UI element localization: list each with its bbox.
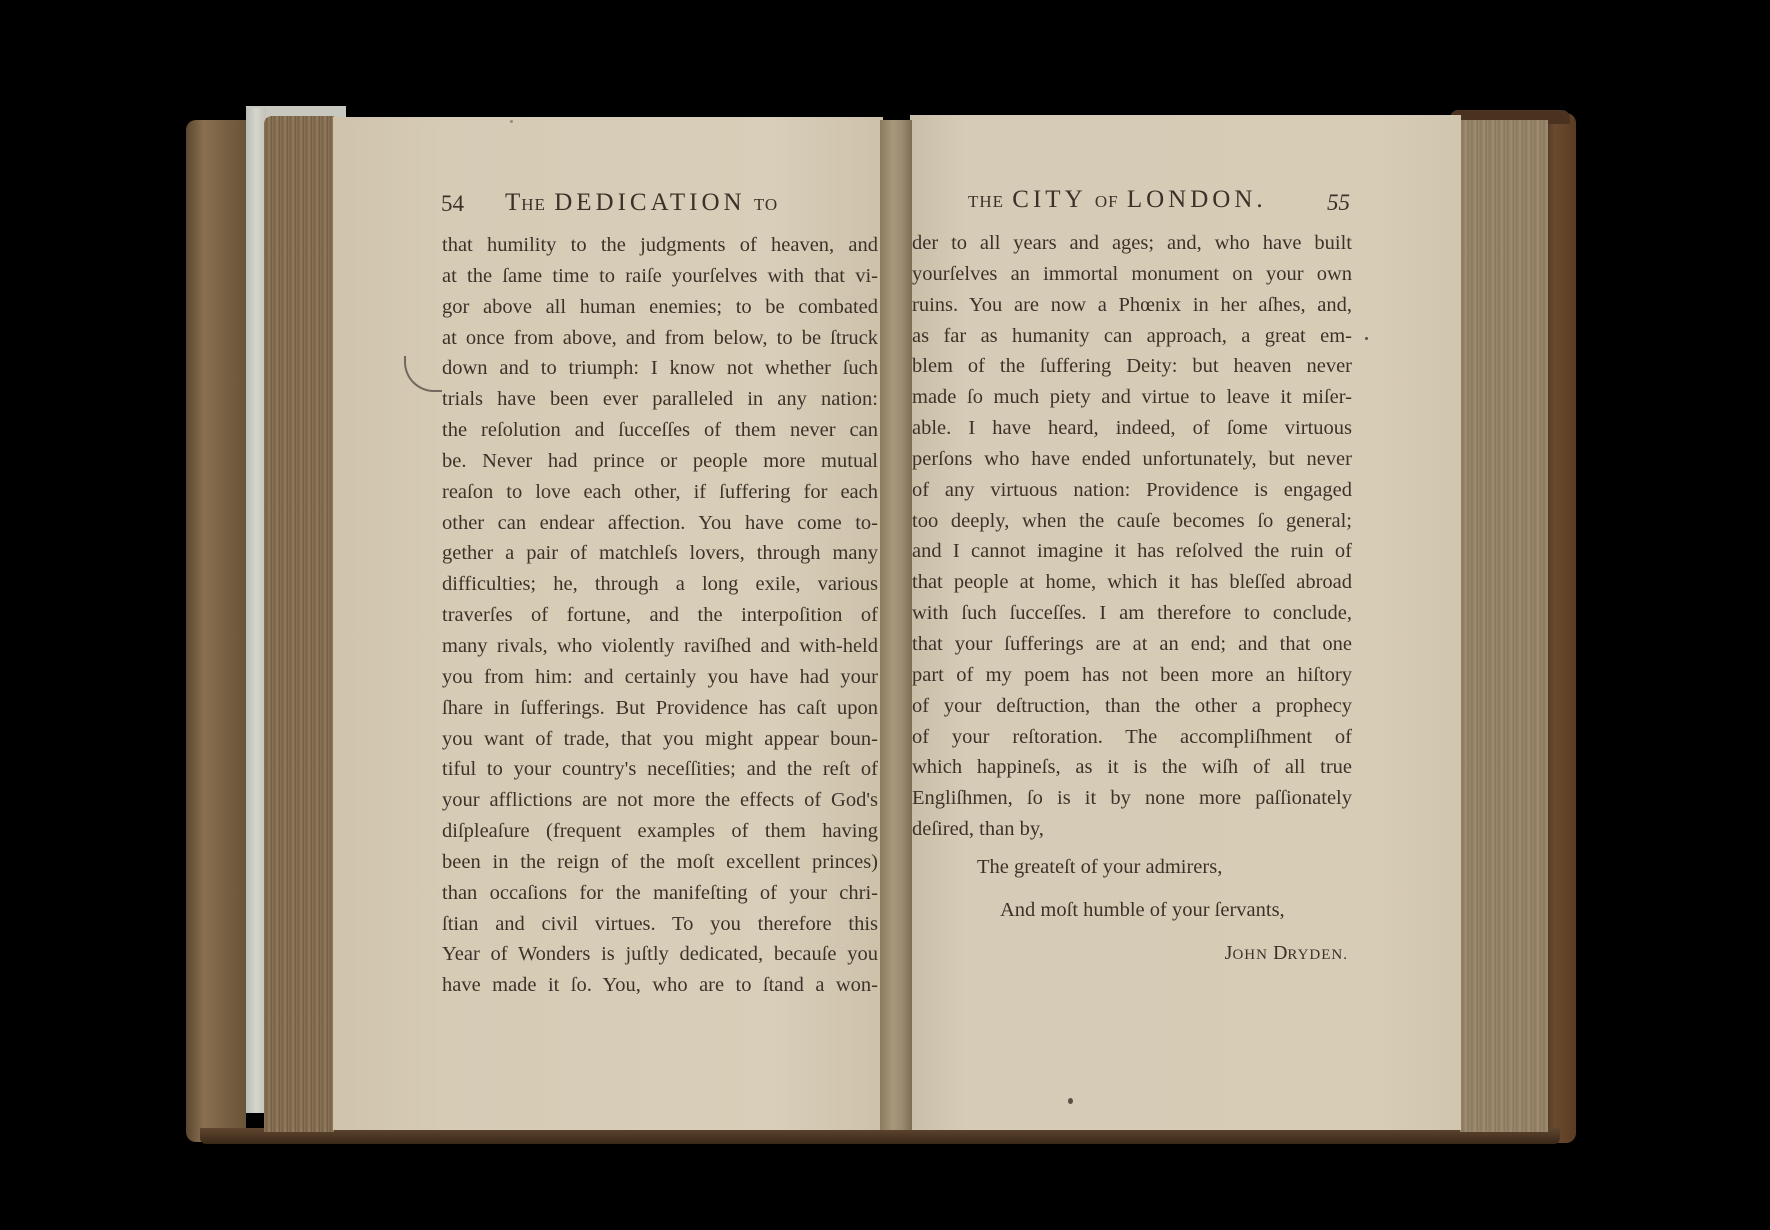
signature-firstname: OHN — [1232, 947, 1268, 963]
text-line: part of my poem has not been more an hiſ… — [912, 660, 1352, 691]
book-cover-bottom — [200, 1128, 1560, 1144]
text-line: you want of trade, that you might appear… — [442, 724, 878, 755]
book-gutter — [880, 120, 912, 1130]
text-line: traverſes of fortune, and the interpoſit… — [442, 600, 878, 631]
page-stack-left — [264, 116, 334, 1132]
text-line: reaſon to love each other, if ſuffering … — [442, 477, 878, 508]
page-number-left: 54 — [441, 191, 464, 217]
text-line: der to all years and ages; and, who have… — [912, 228, 1352, 259]
text-line: that people at home, which it has bleſſe… — [912, 567, 1352, 598]
text-line: which happineſs, as it is the wiſh of al… — [912, 752, 1352, 783]
paper-speck — [1068, 1098, 1073, 1104]
text-line: ruins. You are now a Phœnix in her aſhes… — [912, 290, 1352, 321]
text-line: of any virtuous nation: Providence is en… — [912, 475, 1352, 506]
paper-speck — [1365, 337, 1368, 340]
text-line: tiful to your country's neceſſities; and… — [442, 754, 878, 785]
text-line: as far as humanity can approach, a great… — [912, 321, 1352, 352]
text-line: gor above all human enemies; to be comba… — [442, 292, 878, 323]
page-stack-right — [1460, 120, 1548, 1132]
left-page-text: that humility to the judgments of heaven… — [442, 230, 878, 1001]
signature: JOHN DRYDEN. — [1200, 942, 1348, 965]
text-line: difficulties; he, through a long exile, … — [442, 569, 878, 600]
text-line: made ſo much piety and virtue to leave i… — [912, 382, 1352, 413]
book-cover-left — [186, 120, 246, 1142]
text-line: yourſelves an immortal monument on your … — [912, 259, 1352, 290]
running-head-suffix: TO — [754, 195, 778, 214]
running-head-mid: OF — [1095, 192, 1119, 211]
text-line: too deeply, when the cauſe becomes ſo ge… — [912, 506, 1352, 537]
text-line: Year of Wonders is juſtly dedicated, bec… — [442, 939, 878, 970]
text-line: your afflictions are not more the effect… — [442, 785, 878, 816]
paper-speck — [510, 120, 513, 123]
signature-surname: RYDEN. — [1287, 947, 1348, 963]
text-line: at the ſame time to raiſe yourſelves wit… — [442, 261, 878, 292]
running-head-main-2: LONDON. — [1127, 186, 1267, 213]
signature-initial: D — [1273, 942, 1287, 964]
running-head-prefix: THE — [968, 192, 1004, 211]
text-line: and I cannot imagine it has reſolved the… — [912, 536, 1352, 567]
text-line: many rivals, who violently raviſhed and … — [442, 631, 878, 662]
text-line: with ſuch ſucceſſes. I am therefore to c… — [912, 598, 1352, 629]
running-head-prefix-rest: HE — [521, 195, 546, 214]
text-line: of your deſtruction, than the other a pr… — [912, 691, 1352, 722]
text-line: trials have been ever paralleled in any … — [442, 384, 878, 415]
text-line: other can endear affection. You have com… — [442, 508, 878, 539]
text-line: ſtian and civil virtues. To you therefor… — [442, 909, 878, 940]
text-line: down and to triumph: I know not whether … — [442, 353, 878, 384]
text-line: that humility to the judgments of heaven… — [442, 230, 878, 261]
open-book: 54 THE DEDICATION TO that humility to th… — [0, 0, 1770, 1230]
closing-line-1: The greateſt of your admirers, — [977, 856, 1222, 879]
text-line: at once from above, and from below, to b… — [442, 323, 878, 354]
text-line: Engliſhmen, ſo is it by none more paſſio… — [912, 783, 1352, 814]
flyleaf — [246, 108, 266, 1113]
page-number-right: 55 — [1327, 190, 1350, 216]
running-head-main-1: CITY — [1012, 186, 1086, 213]
text-line: the reſolution and ſucceſſes of them nev… — [442, 415, 878, 446]
text-line: gether a pair of matchleſs lovers, throu… — [442, 538, 878, 569]
running-head-main: DEDICATION — [554, 189, 745, 216]
right-page-text: der to all years and ages; and, who have… — [912, 228, 1352, 845]
text-line: ſhare in ſufferings. But Providence has … — [442, 693, 878, 724]
text-line: diſpleaſure (frequent examples of them h… — [442, 816, 878, 847]
closing-line-2: And moſt humble of your ſervants, — [1000, 899, 1285, 922]
text-line: of your reſtoration. The accompliſhment … — [912, 722, 1352, 753]
text-line: perſons who have ended unfortunately, bu… — [912, 444, 1352, 475]
text-line: be. Never had prince or people more mutu… — [442, 446, 878, 477]
running-head-right: THE CITY OF LONDON. — [968, 186, 1267, 214]
text-line: than occaſions for the manifeſting of yo… — [442, 878, 878, 909]
text-line: able. I have heard, indeed, of ſome virt… — [912, 413, 1352, 444]
running-head-left: THE DEDICATION TO — [505, 189, 778, 217]
text-line: been in the reign of the moſt excellent … — [442, 847, 878, 878]
text-line: that your ſufferings are at an end; and … — [912, 629, 1352, 660]
text-line: you from him: and certainly you have had… — [442, 662, 878, 693]
text-line: have made it ſo. You, who are to ſtand a… — [442, 970, 878, 1001]
text-line: deſired, than by, — [912, 814, 1352, 845]
running-head-prefix: T — [505, 189, 521, 216]
text-line: blem of the ſuffering Deity: but heaven … — [912, 351, 1352, 382]
